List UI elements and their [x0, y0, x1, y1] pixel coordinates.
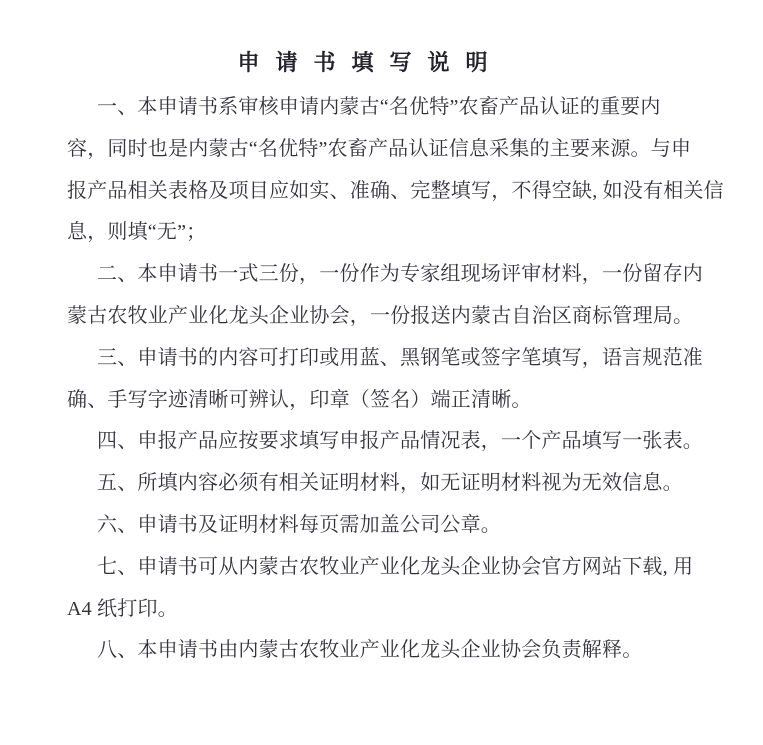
paragraph-5-line-1: 五、所填内容必须有相关证明材料，如无证明材料视为无效信息。: [67, 463, 693, 505]
paragraph-1-line-2: 容，同时也是内蒙古“名优特”农畜产品认证信息采集的主要来源。与申: [67, 129, 693, 171]
paragraph-7-line-1: 七、申请书可从内蒙古农牧业产业化龙头企业协会官方网站下载, 用: [67, 547, 693, 589]
paragraph-8-line-1: 八、本申请书由内蒙古农牧业产业化龙头企业协会负责解释。: [67, 630, 693, 672]
paragraph-2-line-1: 二、本申请书一式三份，一份作为专家组现场评审材料，一份留存内: [67, 254, 693, 296]
page-title: 申请书填写说明: [0, 46, 752, 77]
paragraph-3-line-1: 三、申请书的内容可打印或用蓝、黑钢笔或签字笔填写，语言规范准: [67, 338, 693, 380]
paragraph-4-line-1: 四、申报产品应按要求填写申报产品情况表，一个产品填写一张表。: [67, 421, 693, 463]
paragraph-1-line-4: 息，则填“无”；: [67, 212, 693, 254]
paragraph-1: 一、本申请书系审核申请内蒙古“名优特”农畜产品认证的重要内 容，同时也是内蒙古“…: [67, 87, 693, 254]
paragraph-3-line-2: 确、手写字迹清晰可辨认，印章（签名）端正清晰。: [67, 380, 693, 422]
paragraph-2-line-2: 蒙古农牧业产业化龙头企业协会，一份报送内蒙古自治区商标管理局。: [67, 296, 693, 338]
paragraph-4: 四、申报产品应按要求填写申报产品情况表，一个产品填写一张表。: [67, 421, 693, 463]
paragraph-3: 三、申请书的内容可打印或用蓝、黑钢笔或签字笔填写，语言规范准 确、手写字迹清晰可…: [67, 338, 693, 422]
paragraph-1-line-1: 一、本申请书系审核申请内蒙古“名优特”农畜产品认证的重要内: [67, 87, 693, 129]
paragraph-7-line-2: A4 纸打印。: [67, 589, 693, 631]
paragraph-6: 六、申请书及证明材料每页需加盖公司公章。: [67, 505, 693, 547]
document-page: 申请书填写说明 一、本申请书系审核申请内蒙古“名优特”农畜产品认证的重要内 容，…: [0, 0, 763, 745]
paragraph-1-line-3: 报产品相关表格及项目应如实、准确、完整填写，不得空缺, 如没有相关信: [67, 171, 693, 213]
paragraph-7: 七、申请书可从内蒙古农牧业产业化龙头企业协会官方网站下载, 用 A4 纸打印。: [67, 547, 693, 631]
paragraph-8: 八、本申请书由内蒙古农牧业产业化龙头企业协会负责解释。: [67, 630, 693, 672]
paragraph-2: 二、本申请书一式三份，一份作为专家组现场评审材料，一份留存内 蒙古农牧业产业化龙…: [67, 254, 693, 338]
document-body: 一、本申请书系审核申请内蒙古“名优特”农畜产品认证的重要内 容，同时也是内蒙古“…: [67, 87, 693, 672]
paragraph-6-line-1: 六、申请书及证明材料每页需加盖公司公章。: [67, 505, 693, 547]
paragraph-5: 五、所填内容必须有相关证明材料，如无证明材料视为无效信息。: [67, 463, 693, 505]
